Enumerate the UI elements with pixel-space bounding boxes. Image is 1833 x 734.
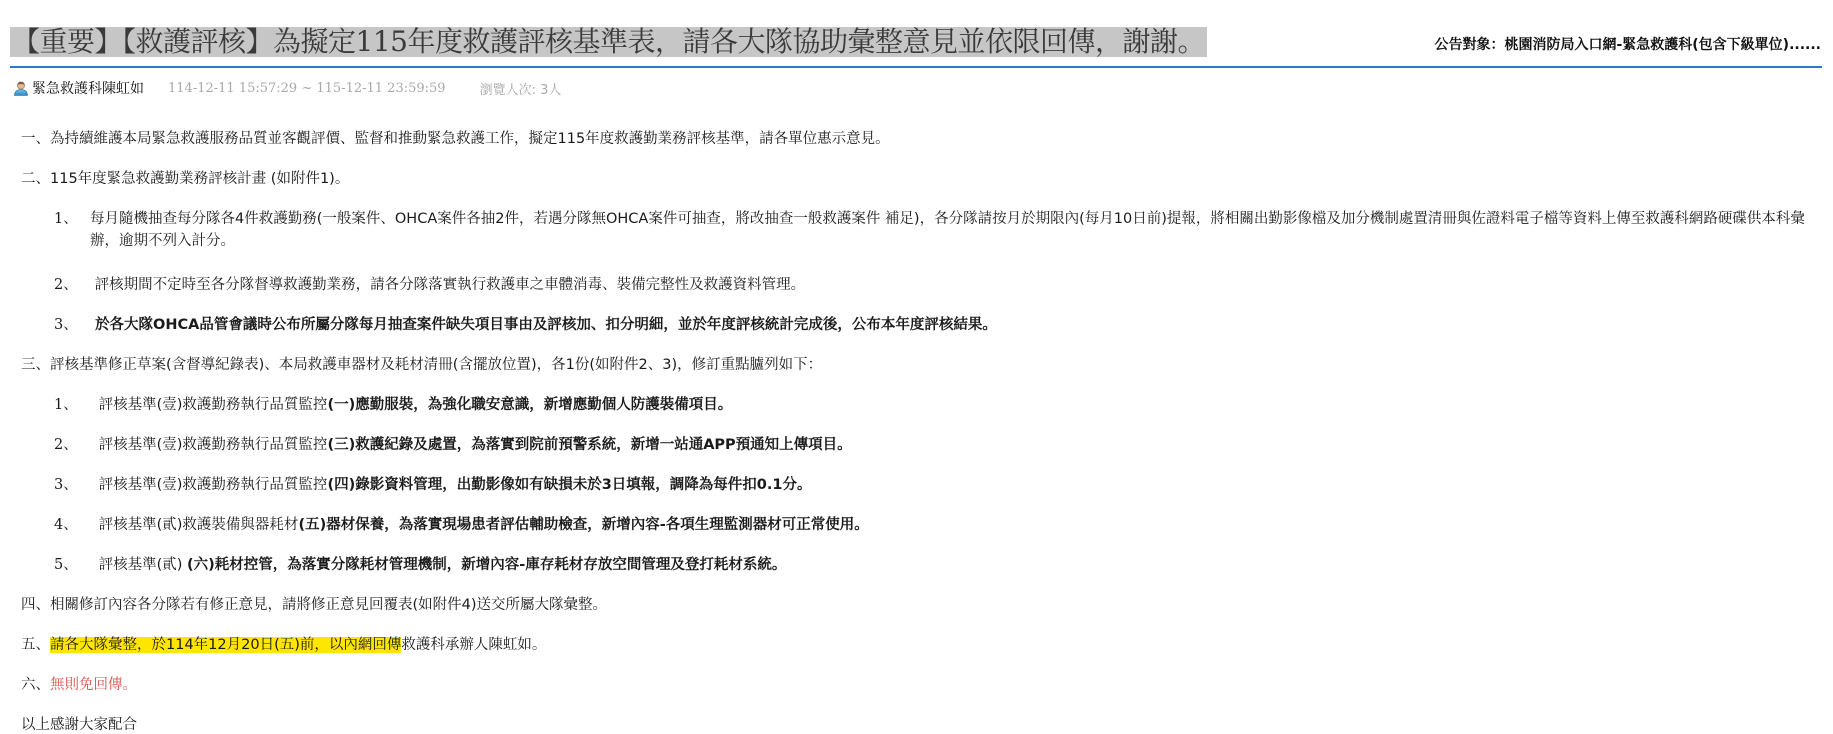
section-3: 三、評核基準修正草案(含督導紀錄表)、本局救護車器材及耗材清冊(含擺放位置)，各… — [21, 355, 822, 375]
item-text: 於各大隊OHCA品管會議時公布所屬分隊每月抽查案件缺失項目事由及評核加、扣分明細… — [95, 317, 997, 333]
announcement-page: 【重要】【救護評核】為擬定115年度救護評核基準表，請各大隊協助彙整意見並依限回… — [0, 0, 1833, 734]
section-5-prefix: 五、 — [21, 637, 50, 653]
item-plain-text: 評核基準(壹)救護勤務執行品質監控 — [99, 437, 328, 453]
section-6-prefix: 六、 — [21, 677, 50, 693]
item-bold-text: (五)器材保養，為落實現場患者評估輔助檢查，新增內容-各項生理監測器材可正常使用… — [298, 517, 868, 533]
section-2-item-1: 1、 — [54, 209, 90, 229]
section-2-item-1-text: 每月隨機抽查每分隊各4件救護勤務(一般案件、OHCA案件各抽2件，若遇分隊無OH… — [90, 208, 1830, 252]
view-count: 瀏覽人次: 3人 — [480, 79, 562, 98]
section-3-item-5: 5、 評核基準(貳) (六)耗材控管，為落實分隊耗材管理機制，新增內容-庫存耗材… — [54, 555, 786, 575]
item-number: 1、 — [54, 209, 90, 229]
item-plain-text: 評核基準(貳) — [99, 557, 187, 573]
item-number: 3、 — [54, 475, 94, 495]
item-bold-text: (六)耗材控管，為落實分隊耗材管理機制，新增內容-庫存耗材存放空間管理及登打耗材… — [187, 557, 786, 573]
item-number: 2、 — [54, 275, 90, 295]
item-text: 評核期間不定時至各分隊督導救護勤業務，請各分隊落實執行救護車之車體消毒、裝備完整… — [95, 277, 806, 293]
header-divider — [10, 66, 1822, 68]
section-6: 六、無則免回傳。 — [21, 675, 137, 695]
item-bold-text: (三)救護紀錄及處置，為落實到院前預警系統，新增一站通APP預通知上傳項目。 — [327, 437, 851, 453]
section-3-item-3: 3、 評核基準(壹)救護勤務執行品質監控(四)錄影資料管理，出勤影像如有缺損未於… — [54, 475, 811, 495]
section-5-rest: 救護科承辦人陳虹如。 — [401, 637, 546, 653]
section-2-item-2: 2、 評核期間不定時至各分隊督導救護勤業務，請各分隊落實執行救護車之車體消毒、裝… — [54, 275, 805, 295]
section-5: 五、請各大隊彙整，於114年12月20日(五)前，以內網回傳救護科承辦人陳虹如。 — [21, 635, 546, 655]
section-4: 四、相關修訂內容各分隊若有修正意見，請將修正意見回覆表(如附件4)送交所屬大隊彙… — [21, 595, 607, 615]
item-text: 每月隨機抽查每分隊各4件救護勤務(一般案件、OHCA案件各抽2件，若遇分隊無OH… — [90, 211, 1805, 249]
announcement-title: 【重要】【救護評核】為擬定115年度救護評核基準表，請各大隊協助彙整意見並依限回… — [10, 27, 1207, 57]
item-number: 2、 — [54, 435, 94, 455]
item-number: 1、 — [54, 395, 94, 415]
announcement-header: 【重要】【救護評核】為擬定115年度救護評核基準表，請各大隊協助彙整意見並依限回… — [10, 18, 1823, 66]
section-3-item-2: 2、 評核基準(壹)救護勤務執行品質監控(三)救護紀錄及處置，為落實到院前預警系… — [54, 435, 852, 455]
section-2: 二、115年度緊急救護勤業務評核計畫 (如附件1)。 — [21, 169, 349, 189]
item-bold-text: (一)應勤服裝，為強化職安意識，新增應勤個人防護裝備項目。 — [327, 397, 732, 413]
item-bold-text: (四)錄影資料管理，出勤影像如有缺損未於3日填報，調降為每件扣0.1分。 — [327, 477, 811, 493]
closing-text: 以上感謝大家配合 — [21, 715, 137, 734]
no-reply-note: 無則免回傳。 — [50, 677, 137, 693]
section-2-item-3: 3、 於各大隊OHCA品管會議時公布所屬分隊每月抽查案件缺失項目事由及評核加、扣… — [54, 315, 997, 335]
publish-period: 114-12-11 15:57:29 ~ 115-12-11 23:59:59 — [168, 81, 446, 96]
item-plain-text: 評核基準(壹)救護勤務執行品質監控 — [99, 477, 328, 493]
announcement-audience[interactable]: 公告對象：桃園消防局入口網-緊急救護科(包含下級單位)...... — [1434, 34, 1821, 54]
item-plain-text: 評核基準(壹)救護勤務執行品質監控 — [99, 397, 328, 413]
item-number: 3、 — [54, 315, 90, 335]
deadline-highlight: 請各大隊彙整，於114年12月20日(五)前，以內網回傳 — [50, 637, 401, 653]
announcement-meta: 緊急救護科陳虹如 114-12-11 15:57:29 ~ 115-12-11 … — [13, 78, 561, 98]
section-1: 一、為持續維護本局緊急救護服務品質並客觀評價、監督和推動緊急救護工作，擬定115… — [21, 129, 890, 149]
section-3-item-4: 4、 評核基準(貳)救護裝備與器耗材(五)器材保養，為落實現場患者評估輔助檢查，… — [54, 515, 869, 535]
user-icon — [13, 80, 29, 96]
item-plain-text: 評核基準(貳)救護裝備與器耗材 — [99, 517, 299, 533]
author-name[interactable]: 緊急救護科陳虹如 — [32, 78, 144, 98]
item-number: 4、 — [54, 515, 94, 535]
item-number: 5、 — [54, 555, 94, 575]
section-3-item-1: 1、 評核基準(壹)救護勤務執行品質監控(一)應勤服裝，為強化職安意識，新增應勤… — [54, 395, 732, 415]
